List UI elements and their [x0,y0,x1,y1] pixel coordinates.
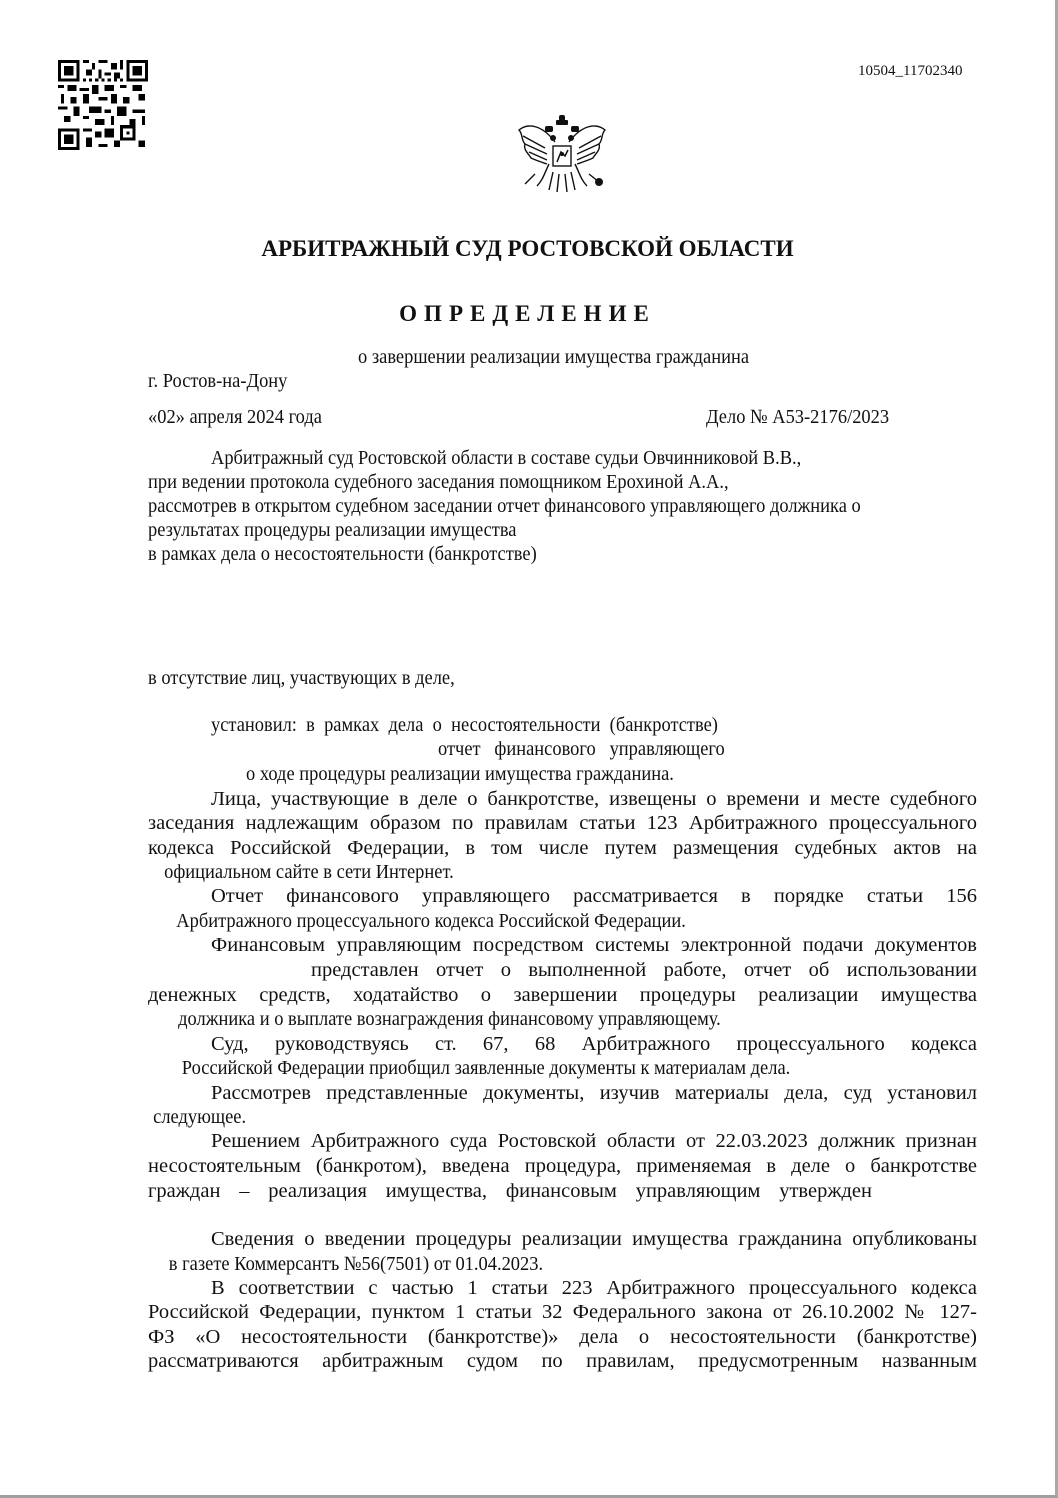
document-type-title: ОПРЕДЕЛЕНИЕ [0,301,1055,327]
coat-of-arms-icon [515,112,609,196]
text-line: заседания надлежащим образом по правилам… [148,811,977,835]
text-line: Сведения о введении процедуры реализации… [211,1227,977,1251]
text-line: Российской Федерации, пунктом 1 статьи 3… [148,1300,977,1324]
text-line: отчет финансового управляющего [438,737,725,761]
document-subtitle: о завершении реализации имущества гражда… [358,345,749,369]
document-page: 10504_11702340 АРБИТРАЖНЫЙ СУД РОСТОВСКО… [0,0,1058,1498]
text-line: рассматриваются арбитражным судом по пра… [148,1349,977,1373]
text-line: в газете Коммерсантъ №56(7501) от 01.04.… [169,1252,543,1276]
text-line: Решением Арбитражного суда Ростовской об… [211,1129,977,1153]
text-line: Арбитражный суд Ростовской области в сос… [211,446,801,470]
text-line: о ходе процедуры реализации имущества гр… [246,762,674,786]
text-line: Арбитражного процессуального кодекса Рос… [176,909,686,933]
text-line: Суд, руководствуясь ст. 67, 68 Арбитражн… [211,1032,977,1056]
document-date: «02» апреля 2024 года [148,405,322,429]
text-line: следующее. [153,1105,246,1129]
text-line: рассмотрев в открытом судебном заседании… [148,494,861,518]
text-line: результатах процедуры реализации имущест… [148,518,517,542]
text-line: Российской Федерации приобщил заявленные… [182,1056,790,1080]
text-line: ФЗ «О несостоятельности (банкротстве)» д… [148,1325,977,1349]
text-line: В соответствии с частью 1 статьи 223 Арб… [211,1276,977,1300]
text-line: денежных средств, ходатайство о завершен… [148,983,977,1007]
qr-code-icon [58,60,148,150]
text-line: несостоятельным (банкротом), введена про… [148,1154,977,1178]
text-line: официальном сайте в сети Интернет. [164,860,454,884]
text-line: граждан – реализация имущества, финансов… [148,1179,872,1203]
text-line: кодекса Российской Федерации, в том числ… [148,836,977,860]
text-line: должника и о выплате вознаграждения фина… [178,1007,721,1031]
text-line: в рамках дела о несостоятельности (банкр… [148,542,537,566]
text-line: Отчет финансового управляющего рассматри… [211,884,977,908]
document-id: 10504_11702340 [858,63,962,80]
text-line: при ведении протокола судебного заседани… [148,470,729,494]
text-line: представлен отчет о выполненной работе, … [311,958,977,982]
absence-line: в отсутствие лиц, участвующих в деле, [148,666,455,690]
court-name: АРБИТРАЖНЫЙ СУД РОСТОВСКОЙ ОБЛАСТИ [0,236,1055,262]
city: г. Ростов-на-Дону [148,369,287,393]
text-line: установил: в рамках дела о несостоятельн… [211,713,718,737]
text-line: Финансовым управляющим посредством систе… [211,933,977,957]
text-line: Рассмотрев представленные документы, изу… [211,1081,977,1105]
case-number: Дело № А53-2176/2023 [706,405,889,429]
text-line: Лица, участвующие в деле о банкротстве, … [211,787,977,811]
